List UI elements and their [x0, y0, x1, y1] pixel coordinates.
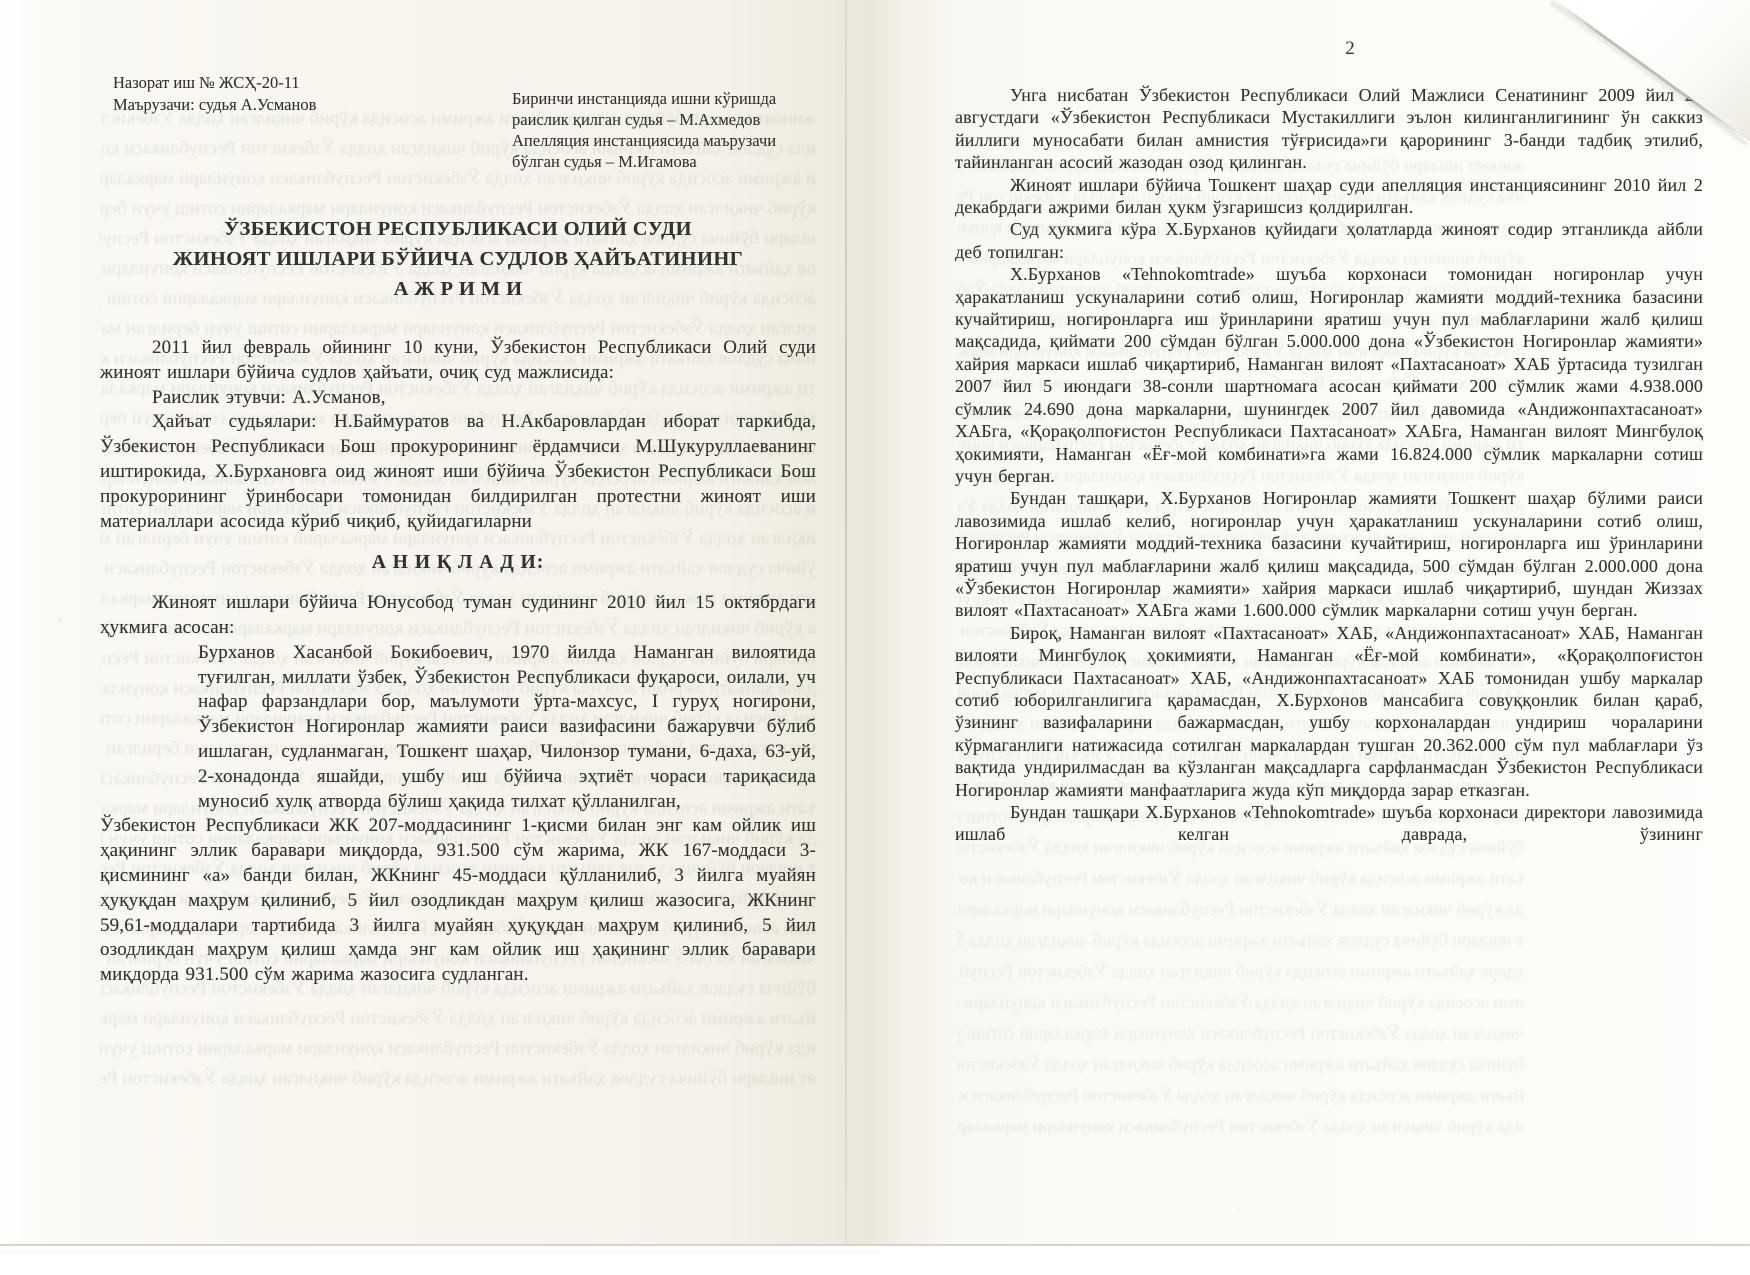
- paragraph: Ҳайъат судьялари: Н.Баймуратов ва Н.Акба…: [100, 410, 816, 534]
- paragraph: 2011 йил февраль ойининг 10 куни, Ўзбеки…: [100, 336, 816, 386]
- rapporteur-line: Маърузачи: судья А.Усманов: [113, 94, 316, 116]
- paragraph: Бурханов Хасанбой Бокибоевич, 1970 йилда…: [198, 641, 816, 815]
- paragraph: Суд ҳукмига кўра Х.Бурханов қуйидаги ҳол…: [955, 218, 1703, 263]
- page-number: 2: [1320, 38, 1380, 60]
- paragraph: Унга нисбатан Ўзбекистон Республикаси Ол…: [955, 84, 1703, 174]
- paragraph: Жиноят ишлари бўйича Юнусобод туман суди…: [100, 591, 816, 641]
- page-gutter-fold: [845, 0, 847, 1244]
- body-paragraphs: Жиноят ишлари бўйича Юнусобод туман суди…: [100, 591, 816, 988]
- paragraph: Ўзбекистон Республикаси ЖК 207-моддасини…: [100, 814, 816, 988]
- text-line: Биринчи инстанцияда ишни кўришда: [512, 88, 812, 109]
- text-line: А Ж Р И М И: [100, 274, 816, 304]
- intro-paragraphs: 2011 йил февраль ойининг 10 куни, Ўзбеки…: [100, 336, 816, 534]
- sheet-bottom-edge: [0, 1244, 1750, 1275]
- ruling-heading: А Н И Қ Л А Д И:: [100, 551, 816, 576]
- paragraph: Бундан ташқари Х.Бурханов «Tehnokomtrade…: [955, 801, 1703, 846]
- case-number-line: Назорат иш № ЖСҲ-20-11: [113, 72, 316, 94]
- right-page-body: Унга нисбатан Ўзбекистон Республикаси Ол…: [955, 84, 1703, 846]
- document-title: ЎЗБЕКИСТОН РЕСПУБЛИКАСИ ОЛИЙ СУДИЖИНОЯТ …: [100, 214, 816, 304]
- text-line: бўлган судья – М.Игамова: [512, 151, 812, 172]
- left-page-body: 2011 йил февраль ойининг 10 куни, Ўзбеки…: [100, 336, 816, 988]
- paragraph: Бироқ, Наманган вилоят «Пахтасаноат» ХАБ…: [955, 622, 1703, 801]
- text-line: Апелляция инстанциясида маърузачи: [512, 130, 812, 151]
- paragraph: Х.Бурханов «Tehnokomtrade» шуъба корхона…: [955, 263, 1703, 487]
- scanned-court-document: жиноят ишлари бўйича судлов ҳайъати ажри…: [0, 0, 1750, 1275]
- text-line: ЎЗБЕКИСТОН РЕСПУБЛИКАСИ ОЛИЙ СУДИ: [100, 214, 816, 244]
- judges-header-block: Биринчи инстанцияда ишни кўришдараислик …: [512, 88, 812, 172]
- paragraph: Раислик этувчи: А.Усманов,: [100, 386, 816, 411]
- text-line: раислик қилган судья – М.Ахмедов: [512, 109, 812, 130]
- paragraph: Бундан ташқари, Х.Бурханов Ногиронлар жа…: [955, 487, 1703, 621]
- text-line: ЖИНОЯТ ИШЛАРИ БЎЙИЧА СУДЛОВ ҲАЙЪАТИНИНГ: [100, 244, 816, 274]
- paragraph: Жиноят ишлари бўйича Тошкент шаҳар суди …: [955, 174, 1703, 219]
- case-reference-header: Назорат иш № ЖСҲ-20-11 Маърузачи: судья …: [113, 72, 316, 116]
